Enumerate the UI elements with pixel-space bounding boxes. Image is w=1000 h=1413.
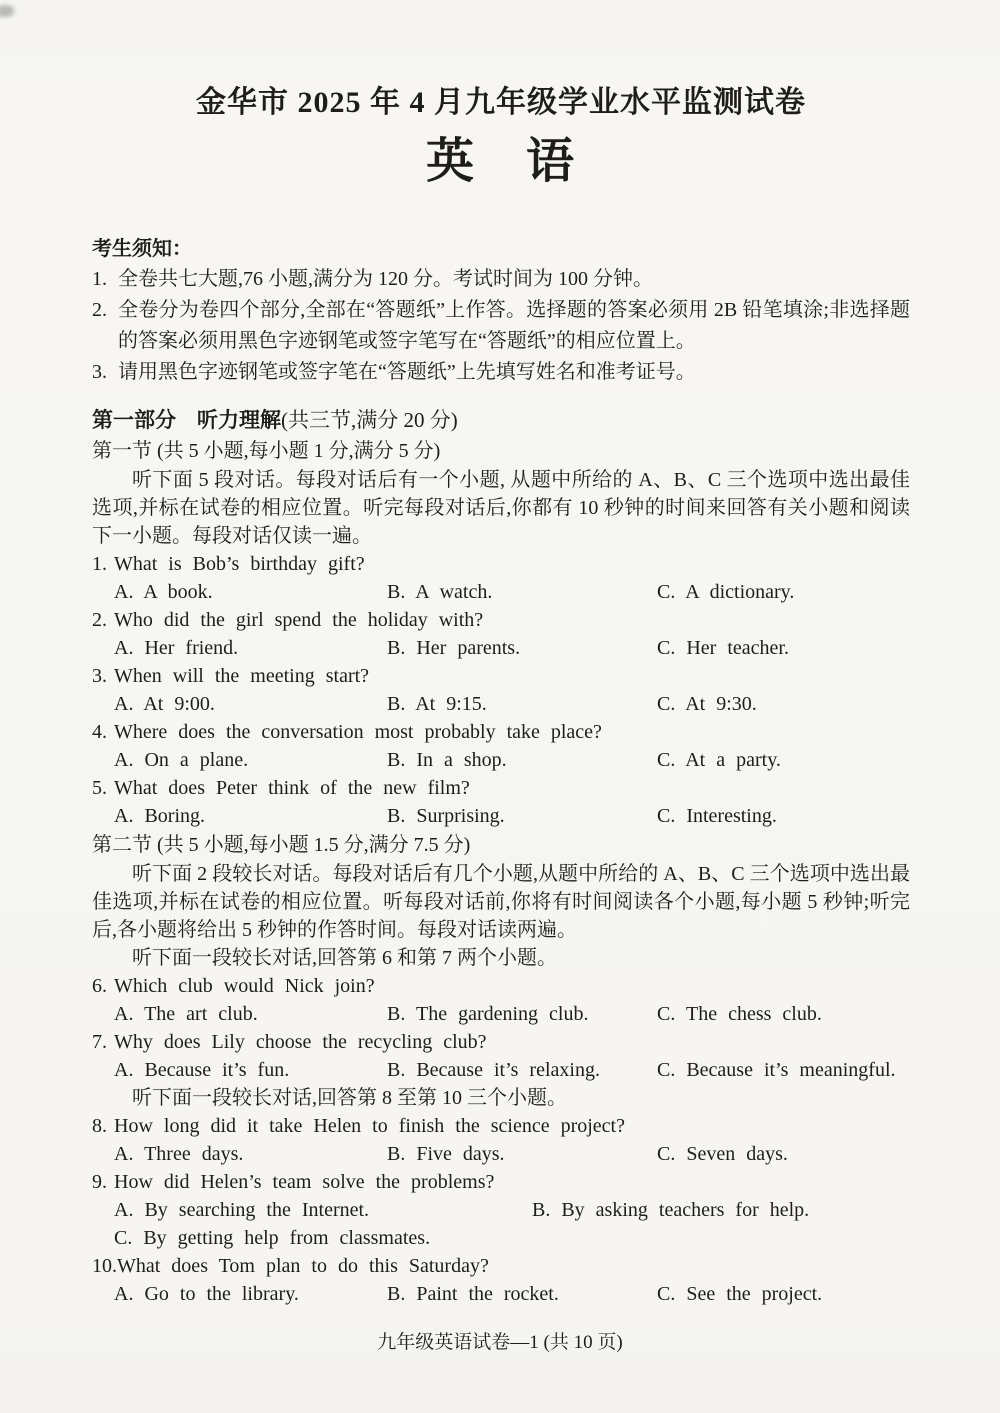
notice-item-number: 2. <box>92 295 118 357</box>
question-text: Which club would Nick join? <box>114 972 910 1000</box>
question-number: 8. <box>92 1112 114 1140</box>
option-c: C. The chess club. <box>657 1000 910 1028</box>
question-text-line: 1. What is Bob’s birthday gift? <box>92 550 910 578</box>
question-options: A. A book. B. A watch. C. A dictionary. <box>92 578 910 606</box>
question-text: When will the meeting start? <box>114 662 910 690</box>
section2-instructions: 听下面 2 段较长对话。每段对话后有几个小题,从题中所给的 A、B、C 三个选项… <box>92 860 910 944</box>
question-text: What is Bob’s birthday gift? <box>114 550 910 578</box>
question-options: A. At 9:00. B. At 9:15. C. At 9:30. <box>92 690 910 718</box>
dialog2-prompt: 听下面一段较长对话,回答第 8 至第 10 三个小题。 <box>92 1084 910 1112</box>
page-title: 金华市 2025 年 4 月九年级学业水平监测试卷 <box>92 0 910 122</box>
option-a: A. By searching the Internet. <box>114 1196 532 1224</box>
question-text-line: 6. Which club would Nick join? <box>92 972 910 1000</box>
section2-heading: 第二节 (共 5 小题,每小题 1.5 分,满分 7.5 分) <box>92 830 910 860</box>
option-a: A. Boring. <box>114 802 387 830</box>
question-number: 6. <box>92 972 114 1000</box>
question-text: Who did the girl spend the holiday with? <box>114 606 910 634</box>
notice-item-text: 全卷共七大题,76 小题,满分为 120 分。考试时间为 100 分钟。 <box>118 264 910 295</box>
question-options: A. Her friend. B. Her parents. C. Her te… <box>92 634 910 662</box>
question-text-line: 5. What does Peter think of the new film… <box>92 774 910 802</box>
option-a: A. On a plane. <box>114 746 387 774</box>
question-text-line: 10. What does Tom plan to do this Saturd… <box>92 1252 910 1280</box>
option-b: B. Five days. <box>387 1140 657 1168</box>
question-9: 9. How did Helen’s team solve the proble… <box>92 1168 910 1252</box>
exam-paper-page: 金华市 2025 年 4 月九年级学业水平监测试卷 英 语 考生须知： 1. 全… <box>0 0 1000 1413</box>
question-options: A. The art club. B. The gardening club. … <box>92 1000 910 1028</box>
part1-heading-title: 第一部分 听力理解 <box>92 408 281 432</box>
option-b: B. Paint the rocket. <box>387 1280 657 1308</box>
part1-heading: 第一部分 听力理解(共三节,满分 20 分) <box>92 404 910 436</box>
question-options: A. Go to the library. B. Paint the rocke… <box>92 1280 910 1308</box>
question-options: A. Boring. B. Surprising. C. Interesting… <box>92 802 910 830</box>
question-number: 4. <box>92 718 114 746</box>
option-c: C. A dictionary. <box>657 578 910 606</box>
section1-instructions: 听下面 5 段对话。每段对话后有一个小题, 从题中所给的 A、B、C 三个选项中… <box>92 466 910 550</box>
notice-item-number: 3. <box>92 357 118 388</box>
question-text: How did Helen’s team solve the problems? <box>114 1168 910 1196</box>
question-number: 5. <box>92 774 114 802</box>
section1-heading: 第一节 (共 5 小题,每小题 1 分,满分 5 分) <box>92 436 910 466</box>
question-options: A. Three days. B. Five days. C. Seven da… <box>92 1140 910 1168</box>
question-options: A. Because it’s fun. B. Because it’s rel… <box>92 1056 910 1084</box>
question-number: 9. <box>92 1168 114 1196</box>
option-c: C. Interesting. <box>657 802 910 830</box>
question-7: 7. Why does Lily choose the recycling cl… <box>92 1028 910 1084</box>
question-text-line: 9. How did Helen’s team solve the proble… <box>92 1168 910 1196</box>
question-number: 7. <box>92 1028 114 1056</box>
question-3: 3. When will the meeting start? A. At 9:… <box>92 662 910 718</box>
question-text: Why does Lily choose the recycling club? <box>114 1028 910 1056</box>
question-4: 4. Where does the conversation most prob… <box>92 718 910 774</box>
question-text-line: 7. Why does Lily choose the recycling cl… <box>92 1028 910 1056</box>
notice-item-number: 1. <box>92 264 118 295</box>
notice-item-text: 全卷分为卷四个部分,全部在“答题纸”上作答。选择题的答案必须用 2B 铅笔填涂;… <box>118 295 910 357</box>
option-c: C. Her teacher. <box>657 634 910 662</box>
option-b: B. At 9:15. <box>387 690 657 718</box>
question-options: A. On a plane. B. In a shop. C. At a par… <box>92 746 910 774</box>
question-text-line: 8. How long did it take Helen to finish … <box>92 1112 910 1140</box>
notice-item-2: 2. 全卷分为卷四个部分,全部在“答题纸”上作答。选择题的答案必须用 2B 铅笔… <box>92 295 910 357</box>
question-text-line: 4. Where does the conversation most prob… <box>92 718 910 746</box>
page-footer: 九年级英语试卷—1 (共 10 页) <box>0 1330 1000 1356</box>
question-10: 10. What does Tom plan to do this Saturd… <box>92 1252 910 1308</box>
question-number: 3. <box>92 662 114 690</box>
notice-item-3: 3. 请用黑色字迹钢笔或签字笔在“答题纸”上先填写姓名和准考证号。 <box>92 357 910 388</box>
option-b: B. The gardening club. <box>387 1000 657 1028</box>
question-text: What does Tom plan to do this Saturday? <box>117 1252 910 1280</box>
notice-heading: 考生须知： <box>92 234 910 264</box>
question-number: 10. <box>92 1252 117 1280</box>
option-a: A. Because it’s fun. <box>114 1056 387 1084</box>
option-b: B. By asking teachers for help. <box>532 1196 809 1224</box>
notice-item-text: 请用黑色字迹钢笔或签字笔在“答题纸”上先填写姓名和准考证号。 <box>118 357 910 388</box>
option-b: B. Surprising. <box>387 802 657 830</box>
option-a: A. Go to the library. <box>114 1280 387 1308</box>
option-b: B. Her parents. <box>387 634 657 662</box>
option-a: A. Her friend. <box>114 634 387 662</box>
option-b: B. A watch. <box>387 578 657 606</box>
scan-artifact-mark <box>0 5 14 17</box>
option-c: C. By getting help from classmates. <box>114 1224 430 1252</box>
question-options-row-2: C. By getting help from classmates. <box>92 1224 910 1252</box>
question-5: 5. What does Peter think of the new film… <box>92 774 910 830</box>
question-text-line: 3. When will the meeting start? <box>92 662 910 690</box>
question-text: What does Peter think of the new film? <box>114 774 910 802</box>
notice-item-1: 1. 全卷共七大题,76 小题,满分为 120 分。考试时间为 100 分钟。 <box>92 264 910 295</box>
option-c: C. At a party. <box>657 746 910 774</box>
question-1: 1. What is Bob’s birthday gift? A. A boo… <box>92 550 910 606</box>
question-text-line: 2. Who did the girl spend the holiday wi… <box>92 606 910 634</box>
option-a: A. Three days. <box>114 1140 387 1168</box>
subject-title: 英 语 <box>92 134 910 190</box>
option-a: A. The art club. <box>114 1000 387 1028</box>
question-text: Where does the conversation most probabl… <box>114 718 910 746</box>
part1-heading-score: (共三节,满分 20 分) <box>281 408 458 432</box>
question-text: How long did it take Helen to finish the… <box>114 1112 910 1140</box>
option-c: C. Because it’s meaningful. <box>657 1056 910 1084</box>
option-b: B. In a shop. <box>387 746 657 774</box>
question-6: 6. Which club would Nick join? A. The ar… <box>92 972 910 1028</box>
option-a: A. At 9:00. <box>114 690 387 718</box>
question-2: 2. Who did the girl spend the holiday wi… <box>92 606 910 662</box>
option-c: C. Seven days. <box>657 1140 910 1168</box>
option-c: C. At 9:30. <box>657 690 910 718</box>
dialog1-prompt: 听下面一段较长对话,回答第 6 和第 7 两个小题。 <box>92 944 910 972</box>
question-number: 1. <box>92 550 114 578</box>
option-c: C. See the project. <box>657 1280 910 1308</box>
option-a: A. A book. <box>114 578 387 606</box>
question-number: 2. <box>92 606 114 634</box>
question-options-row-1: A. By searching the Internet. B. By aski… <box>92 1196 910 1224</box>
page-content: 金华市 2025 年 4 月九年级学业水平监测试卷 英 语 考生须知： 1. 全… <box>0 0 1000 1308</box>
option-b: B. Because it’s relaxing. <box>387 1056 657 1084</box>
question-8: 8. How long did it take Helen to finish … <box>92 1112 910 1168</box>
